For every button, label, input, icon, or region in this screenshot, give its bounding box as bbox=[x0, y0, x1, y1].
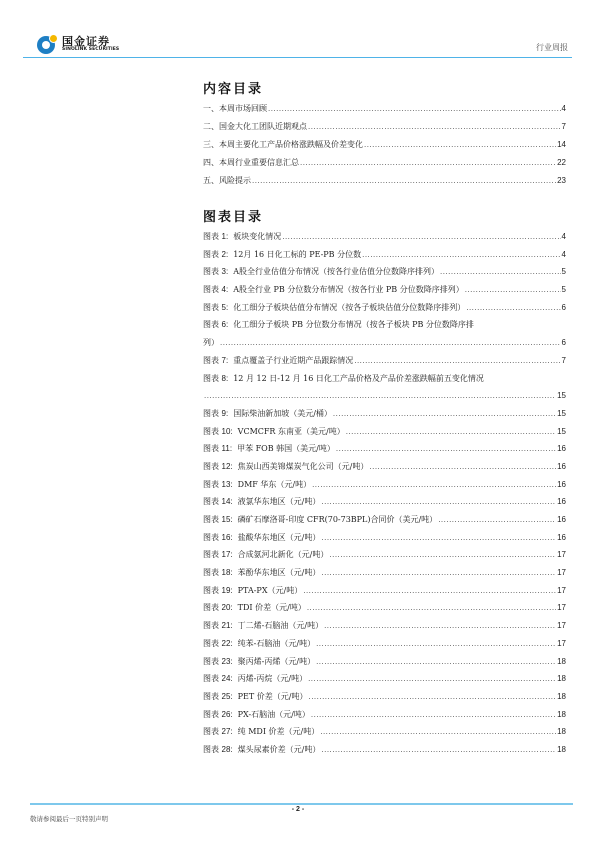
figure-number: 7: bbox=[222, 356, 229, 365]
entry-page: 17 bbox=[557, 582, 566, 600]
entry-label: 纯苯-石脑油（元/吨） bbox=[238, 639, 315, 648]
leader-dots bbox=[220, 334, 561, 352]
figure-prefix: 图表 bbox=[203, 232, 219, 241]
figure-prefix: 图表 bbox=[203, 374, 219, 383]
entry-label: PTA-PX（元/吨） bbox=[238, 586, 303, 595]
figure-entry[interactable]: 图表 21:丁二烯-石脑油（元/吨）17 bbox=[203, 617, 566, 635]
figure-prefix: 图表 bbox=[203, 603, 219, 612]
figure-prefix: 图表 bbox=[203, 444, 219, 453]
leader-dots bbox=[321, 741, 556, 759]
entry-page: 18 bbox=[557, 723, 566, 741]
leader-dots bbox=[311, 706, 556, 724]
figure-prefix: 图表 bbox=[203, 692, 219, 701]
figure-entry[interactable]: 图表 23:聚丙烯-丙烯（元/吨）18 bbox=[203, 653, 566, 671]
figure-entry[interactable]: 图表 18:苯酚华东地区（元/吨）17 bbox=[203, 564, 566, 582]
entry-label-continued: 列） bbox=[203, 334, 219, 352]
entry-page: 17 bbox=[557, 599, 566, 617]
contents-entry[interactable]: 五、风险提示23 bbox=[203, 172, 566, 190]
leader-dots bbox=[369, 458, 556, 476]
figure-number: 22: bbox=[222, 639, 233, 648]
entry-label: 磷矿石摩洛哥-印度 CFR(70-73BPL)合同价（美元/吨） bbox=[238, 515, 438, 524]
leader-dots bbox=[466, 299, 560, 317]
contents-entry[interactable]: 二、国金大化工团队近期观点7 bbox=[203, 118, 566, 136]
leader-dots bbox=[204, 387, 556, 405]
figure-prefix: 图表 bbox=[203, 480, 219, 489]
contents-title: 内容目录 bbox=[203, 78, 263, 97]
figure-entry[interactable]: 图表 22:纯苯-石脑油（元/吨）17 bbox=[203, 635, 566, 653]
report-type: 行业周报 bbox=[536, 42, 568, 53]
figure-prefix: 图表 bbox=[203, 657, 219, 666]
leader-dots bbox=[300, 154, 556, 172]
figure-entry[interactable]: 图表 7:重点覆盖子行业近期产品跟踪情况7 bbox=[203, 352, 566, 370]
figure-entry[interactable]: 图表 26:PX-石脑油（元/吨）18 bbox=[203, 706, 566, 724]
figure-prefix: 图表 bbox=[203, 320, 219, 329]
entry-page: 17 bbox=[557, 564, 566, 582]
figure-entry[interactable]: 图表 10:VCMCFR 东南亚（美元/吨）15 bbox=[203, 423, 566, 441]
leader-dots bbox=[303, 582, 556, 600]
figure-prefix: 图表 bbox=[203, 586, 219, 595]
entry-label: 四、本周行业重要信息汇总 bbox=[203, 154, 299, 172]
entry-page: 16 bbox=[557, 529, 566, 547]
figure-number: 27: bbox=[222, 727, 233, 736]
figure-number: 16: bbox=[222, 533, 233, 542]
figure-prefix: 图表 bbox=[203, 745, 219, 754]
entry-label: 液氯华东地区（元/吨） bbox=[238, 497, 321, 506]
figure-number: 8: bbox=[222, 374, 229, 383]
entry-label: 五、风险提示 bbox=[203, 172, 251, 190]
figure-number: 18: bbox=[222, 568, 233, 577]
figure-prefix: 图表 bbox=[203, 550, 219, 559]
figure-prefix: 图表 bbox=[203, 621, 219, 630]
leader-dots bbox=[312, 476, 556, 494]
leader-dots bbox=[324, 617, 556, 635]
entry-page: 4 bbox=[562, 246, 566, 264]
figure-prefix: 图表 bbox=[203, 427, 219, 436]
entry-label: VCMCFR 东南亚（美元/吨） bbox=[238, 427, 345, 436]
entry-label: 一、本周市场回顾 bbox=[203, 100, 267, 118]
entry-page: 18 bbox=[557, 706, 566, 724]
figure-prefix: 图表 bbox=[203, 267, 219, 276]
figure-number: 25: bbox=[222, 692, 233, 701]
figure-number: 11: bbox=[222, 444, 233, 453]
entry-label: 苯酚华东地区（元/吨） bbox=[238, 568, 321, 577]
figure-number: 10: bbox=[222, 427, 233, 436]
leader-dots bbox=[308, 688, 556, 706]
figure-entry[interactable]: 图表 4:A股全行业 PB 分位数分布情况（按各行业 PB 分位数降序排列）5 bbox=[203, 281, 566, 299]
entry-page: 16 bbox=[557, 440, 566, 458]
figure-number: 26: bbox=[222, 710, 233, 719]
figure-entry[interactable]: 图表 11:甲苯 FOB 韩国（美元/吨）16 bbox=[203, 440, 566, 458]
entry-label: PET 价差（元/吨） bbox=[238, 692, 308, 701]
entry-page: 16 bbox=[557, 476, 566, 494]
leader-dots bbox=[268, 100, 561, 118]
figures-title: 图表目录 bbox=[203, 206, 263, 225]
figure-entry[interactable]: 图表 25:PET 价差（元/吨）18 bbox=[203, 688, 566, 706]
leader-dots bbox=[307, 599, 556, 617]
entry-page: 15 bbox=[557, 405, 566, 423]
leader-dots bbox=[316, 653, 556, 671]
entry-label: 丙烯-丙烷（元/吨） bbox=[238, 674, 307, 683]
figure-number: 23: bbox=[222, 657, 233, 666]
figure-prefix: 图表 bbox=[203, 497, 219, 506]
figure-number: 9: bbox=[222, 409, 229, 418]
entry-page: 6 bbox=[562, 299, 566, 317]
figure-prefix: 图表 bbox=[203, 710, 219, 719]
entry-page: 18 bbox=[557, 688, 566, 706]
leader-dots bbox=[354, 352, 560, 370]
entry-label: 甲苯 FOB 韩国（美元/吨） bbox=[237, 444, 335, 453]
figure-number: 3: bbox=[222, 267, 229, 276]
figure-entry[interactable]: 图表 6:化工细分子板块 PB 分位数分布情况（按各子板块 PB 分位数降序排列… bbox=[203, 316, 566, 351]
figure-prefix: 图表 bbox=[203, 533, 219, 542]
figure-prefix: 图表 bbox=[203, 568, 219, 577]
figure-entry[interactable]: 图表 3:A股全行业估值分布情况（按各行业估值分位数降序排列）5 bbox=[203, 263, 566, 281]
entry-label: 二、国金大化工团队近期观点 bbox=[203, 118, 307, 136]
entry-label: DMF 华东（元/吨） bbox=[238, 480, 311, 489]
entry-label: 丁二烯-石脑油（元/吨） bbox=[238, 621, 323, 630]
leader-dots bbox=[440, 263, 561, 281]
entry-label: 国际柴油新加坡（美元/桶） bbox=[233, 409, 332, 418]
leader-dots bbox=[316, 635, 556, 653]
entry-page: 15 bbox=[557, 423, 566, 441]
entry-label: 合成氨河北新化（元/吨） bbox=[238, 550, 329, 559]
leader-dots bbox=[438, 511, 556, 529]
entry-page: 16 bbox=[557, 493, 566, 511]
figure-entry[interactable]: 图表 28:煤头尿素价差（元/吨）18 bbox=[203, 741, 566, 759]
leader-dots bbox=[346, 423, 556, 441]
page-number: - 2 - bbox=[0, 806, 596, 813]
figure-prefix: 图表 bbox=[203, 356, 219, 365]
leader-dots bbox=[465, 281, 561, 299]
figure-number: 2: bbox=[222, 250, 229, 259]
figure-number: 13: bbox=[222, 480, 233, 489]
figure-prefix: 图表 bbox=[203, 674, 219, 683]
figure-prefix: 图表 bbox=[203, 250, 219, 259]
entry-page: 16 bbox=[557, 458, 566, 476]
figure-number: 28: bbox=[222, 745, 233, 754]
entry-page: 4 bbox=[562, 228, 566, 246]
figure-prefix: 图表 bbox=[203, 409, 219, 418]
entry-page: 7 bbox=[562, 352, 566, 370]
contents-entry[interactable]: 一、本周市场回顾4 bbox=[203, 100, 566, 118]
logo-icon bbox=[37, 34, 57, 54]
contents-entry[interactable]: 三、本周主要化工产品价格涨跌幅及价差变化14 bbox=[203, 136, 566, 154]
entry-page: 17 bbox=[557, 546, 566, 564]
entry-label: 化工细分子板块 PB 分位数分布情况（按各子板块 PB 分位数降序排 bbox=[233, 320, 474, 329]
figure-number: 20: bbox=[222, 603, 233, 612]
entry-page: 17 bbox=[557, 617, 566, 635]
figure-entry[interactable]: 图表 8:12 月 12 日-12 月 16 日化工产品价格及产品价差涨跌幅前五… bbox=[203, 370, 566, 405]
entry-page: 18 bbox=[557, 653, 566, 671]
figure-number: 14: bbox=[222, 497, 233, 506]
header-divider bbox=[23, 57, 572, 58]
leader-dots bbox=[336, 440, 556, 458]
entry-label: A股全行业 PB 分位数分布情况（按各行业 PB 分位数降序排列） bbox=[233, 285, 463, 294]
leader-dots bbox=[333, 405, 556, 423]
entry-label: 煤头尿素价差（元/吨） bbox=[238, 745, 321, 754]
figure-number: 24: bbox=[222, 674, 233, 683]
figure-entry[interactable]: 图表 19:PTA-PX（元/吨）17 bbox=[203, 582, 566, 600]
figure-entry[interactable]: 图表 1:板块变化情况4 bbox=[203, 228, 566, 246]
entry-label: 三、本周主要化工产品价格涨跌幅及价差变化 bbox=[203, 136, 363, 154]
entry-label: TDI 价差（元/吨） bbox=[238, 603, 306, 612]
leader-dots bbox=[362, 246, 560, 264]
figure-number: 15: bbox=[222, 515, 233, 524]
leader-dots bbox=[321, 529, 556, 547]
figure-number: 6: bbox=[222, 320, 229, 329]
entry-page: 15 bbox=[557, 387, 566, 405]
entry-label: A股全行业估值分布情况（按各行业估值分位数降序排列） bbox=[233, 267, 439, 276]
entry-label: 12 月 12 日-12 月 16 日化工产品价格及产品价差涨跌幅前五变化情况 bbox=[233, 374, 484, 383]
entry-page: 18 bbox=[557, 670, 566, 688]
entry-page: 17 bbox=[557, 635, 566, 653]
footer-divider bbox=[30, 803, 573, 805]
entry-page: 4 bbox=[562, 100, 566, 118]
leader-dots bbox=[321, 564, 556, 582]
entry-page: 16 bbox=[557, 511, 566, 529]
entry-page: 5 bbox=[562, 263, 566, 281]
entry-page: 23 bbox=[557, 172, 566, 190]
leader-dots bbox=[329, 546, 556, 564]
figure-prefix: 图表 bbox=[203, 303, 219, 312]
figure-prefix: 图表 bbox=[203, 462, 219, 471]
figure-entry[interactable]: 图表 20:TDI 价差（元/吨）17 bbox=[203, 599, 566, 617]
entry-label: 化工细分子板块估值分布情况（按各子板块估值分位数降序排列） bbox=[233, 303, 465, 312]
figure-entry[interactable]: 图表 27:纯 MDI 价差（元/吨）18 bbox=[203, 723, 566, 741]
entry-page: 5 bbox=[562, 281, 566, 299]
figure-entry[interactable]: 图表 13:DMF 华东（元/吨）16 bbox=[203, 476, 566, 494]
leader-dots bbox=[320, 723, 556, 741]
entry-page: 6 bbox=[562, 334, 566, 352]
entry-page: 18 bbox=[557, 741, 566, 759]
figure-number: 5: bbox=[222, 303, 229, 312]
figure-number: 4: bbox=[222, 285, 229, 294]
figure-number: 19: bbox=[222, 586, 233, 595]
entry-label: 板块变化情况 bbox=[233, 232, 281, 241]
figure-entry[interactable]: 图表 15:磷矿石摩洛哥-印度 CFR(70-73BPL)合同价（美元/吨）16 bbox=[203, 511, 566, 529]
figure-entry[interactable]: 图表 16:盐酸华东地区（元/吨）16 bbox=[203, 529, 566, 547]
leader-dots bbox=[308, 118, 561, 136]
entry-page: 22 bbox=[557, 154, 566, 172]
figure-entry[interactable]: 图表 9:国际柴油新加坡（美元/桶）15 bbox=[203, 405, 566, 423]
entry-page: 14 bbox=[557, 136, 566, 154]
figures-list: 图表 1:板块变化情况4图表 2:12月 16 日化工标的 PE-PB 分位数4… bbox=[203, 228, 566, 759]
figure-number: 12: bbox=[222, 462, 233, 471]
entry-label: 聚丙烯-丙烯（元/吨） bbox=[238, 657, 315, 666]
entry-label: 纯 MDI 价差（元/吨） bbox=[238, 727, 320, 736]
sinolink-logo: 国金证券 SINOLINK SECURITIES bbox=[37, 34, 119, 54]
entry-label: 焦炭山西美锦煤炭气化公司（元/吨） bbox=[238, 462, 369, 471]
figure-prefix: 图表 bbox=[203, 727, 219, 736]
entry-label: 12月 16 日化工标的 PE-PB 分位数 bbox=[233, 250, 361, 259]
leader-dots bbox=[282, 228, 560, 246]
entry-label: 盐酸华东地区（元/吨） bbox=[238, 533, 321, 542]
entry-page: 7 bbox=[562, 118, 566, 136]
figure-number: 1: bbox=[222, 232, 229, 241]
figure-entry[interactable]: 图表 12:焦炭山西美锦煤炭气化公司（元/吨）16 bbox=[203, 458, 566, 476]
figure-entry[interactable]: 图表 14:液氯华东地区（元/吨）16 bbox=[203, 493, 566, 511]
figure-entry[interactable]: 图表 17:合成氨河北新化（元/吨）17 bbox=[203, 546, 566, 564]
leader-dots bbox=[308, 670, 556, 688]
logo-en-text: SINOLINK SECURITIES bbox=[62, 48, 119, 53]
figure-number: 17: bbox=[222, 550, 233, 559]
entry-label: 重点覆盖子行业近期产品跟踪情况 bbox=[233, 356, 353, 365]
contents-list: 一、本周市场回顾4二、国金大化工团队近期观点7三、本周主要化工产品价格涨跌幅及价… bbox=[203, 100, 566, 190]
leader-dots bbox=[364, 136, 556, 154]
leader-dots bbox=[252, 172, 556, 190]
figure-prefix: 图表 bbox=[203, 285, 219, 294]
figure-entry[interactable]: 图表 5:化工细分子板块估值分布情况（按各子板块估值分位数降序排列）6 bbox=[203, 299, 566, 317]
figure-prefix: 图表 bbox=[203, 639, 219, 648]
figure-number: 21: bbox=[222, 621, 233, 630]
figure-entry[interactable]: 图表 2:12月 16 日化工标的 PE-PB 分位数4 bbox=[203, 246, 566, 264]
figure-entry[interactable]: 图表 24:丙烯-丙烷（元/吨）18 bbox=[203, 670, 566, 688]
logo-cn-text: 国金证券 bbox=[62, 36, 119, 47]
contents-entry[interactable]: 四、本周行业重要信息汇总22 bbox=[203, 154, 566, 172]
figure-prefix: 图表 bbox=[203, 515, 219, 524]
footer-disclaimer: 敬请参阅最后一页特别声明 bbox=[30, 814, 108, 823]
leader-dots bbox=[321, 493, 556, 511]
page-header: 国金证券 SINOLINK SECURITIES 行业周报 bbox=[23, 30, 572, 58]
entry-label: PX-石脑油（元/吨） bbox=[238, 710, 310, 719]
